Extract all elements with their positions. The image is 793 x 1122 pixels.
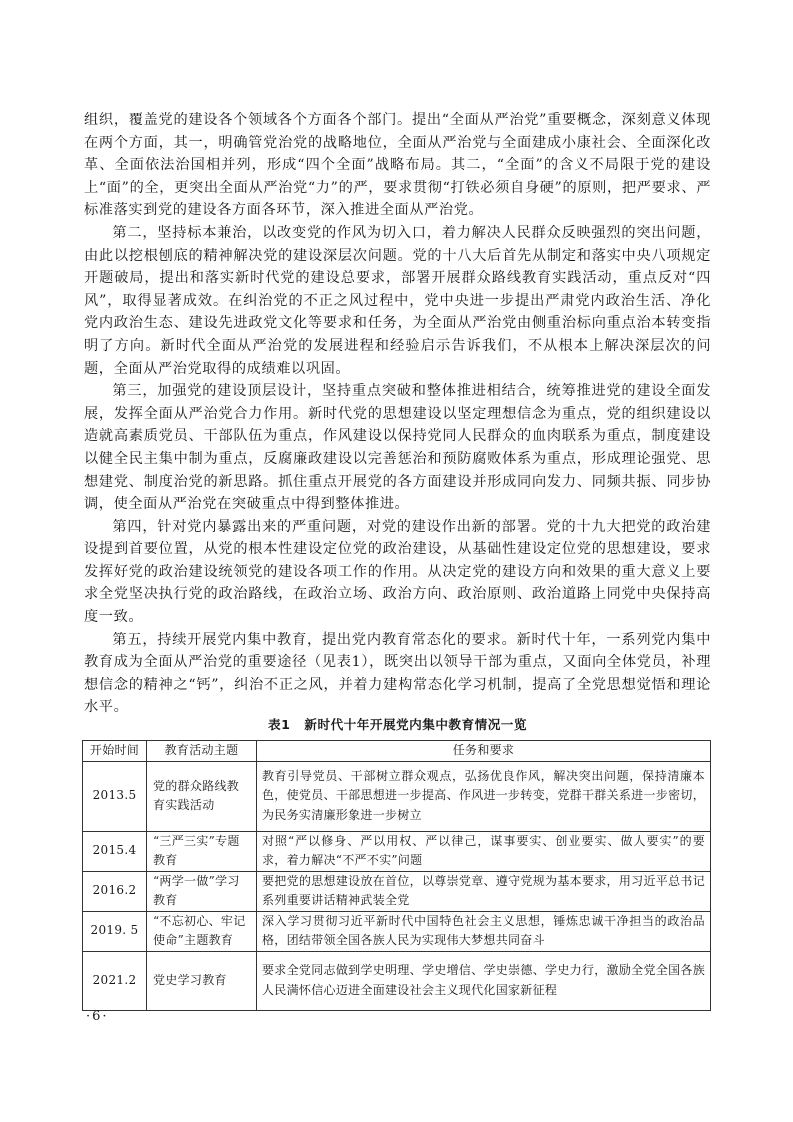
header-tasks: 任务和要求 [257, 741, 711, 762]
cell-date: 2015.4 [83, 831, 147, 871]
table-row: 2015.4 “三严三实”专题教育 对照“严以修身、严以用权、严以律己，谋事要实… [83, 831, 711, 871]
cell-date: 2016.2 [83, 871, 147, 911]
table-row: 2019. 5 “不忘初心、牢记使命”主题教育 深入学习贯彻习近平新时代中国特色… [83, 911, 711, 951]
cell-task: 深入学习贯彻习近平新时代中国特色社会主义思想，锤炼忠诚干净担当的政治品格，团结带… [257, 911, 711, 951]
cell-task: 教育引导党员、干部树立群众观点，弘扬优良作风，解决突出问题，保持清廉本色，使党员… [257, 761, 711, 831]
table-row: 2021.2 党史学习教育 要求全党同志做到学史明理、学史增信、学史崇德、学史力… [83, 951, 711, 1010]
cell-date: 2021.2 [83, 951, 147, 1010]
paragraph-4: 第四，针对党内暴露出来的严重问题，对党的建设作出新的部署。党的十九大把党的政治建… [84, 516, 711, 629]
cell-theme: 党的群众路线教育实践活动 [147, 761, 257, 831]
table-caption-number: 表1 [268, 717, 290, 732]
paragraph-2: 第二，坚持标本兼治，以改变党的作风为切入口，着力解决人民群众反映强烈的突出问题，… [84, 222, 711, 380]
cell-task: 要把党的思想建设放在首位，以尊崇党章、遵守党规为基本要求，用习近平总书记系列重要… [257, 871, 711, 911]
table-caption: 表1新时代十年开展党内集中教育情况一览 [84, 714, 711, 733]
cell-theme: “三严三实”专题教育 [147, 831, 257, 871]
cell-theme: “不忘初心、牢记使命”主题教育 [147, 911, 257, 951]
cell-theme: 党史学习教育 [147, 951, 257, 1010]
cell-date: 2019. 5 [83, 911, 147, 951]
table-header-row: 开始时间 教育活动主题 任务和要求 [83, 741, 711, 762]
paragraph-5: 第五，持续开展党内集中教育，提出党内教育常态化的要求。新时代十年，一系列党内集中… [84, 629, 711, 719]
table-row: 2013.5 党的群众路线教育实践活动 教育引导党员、干部树立群众观点，弘扬优良… [83, 761, 711, 831]
cell-theme: “两学一做”学习教育 [147, 871, 257, 911]
cell-task: 对照“严以修身、严以用权、严以律己，谋事要实、创业要实、做人要实”的要求，着力解… [257, 831, 711, 871]
page-number: ·6· [86, 1009, 109, 1024]
paragraph-1: 组织，覆盖党的建设各个领域各个方面各个部门。提出“全面从严治党”重要概念，深刻意… [84, 109, 711, 222]
table-caption-title: 新时代十年开展党内集中教育情况一览 [304, 717, 527, 732]
header-theme: 教育活动主题 [147, 741, 257, 762]
paragraph-3: 第三，加强党的建设顶层设计，坚持重点突破和整体推进相结合，统筹推进党的建设全面发… [84, 380, 711, 516]
article-body: 组织，覆盖党的建设各个领域各个方面各个部门。提出“全面从严治党”重要概念，深刻意… [84, 109, 711, 719]
header-start-time: 开始时间 [83, 741, 147, 762]
education-campaigns-table: 开始时间 教育活动主题 任务和要求 2013.5 党的群众路线教育实践活动 教育… [82, 740, 711, 1011]
cell-date: 2013.5 [83, 761, 147, 831]
cell-task: 要求全党同志做到学史明理、学史增信、学史崇德、学史力行，激励全党全国各族人民满怀… [257, 951, 711, 1010]
table-row: 2016.2 “两学一做”学习教育 要把党的思想建设放在首位，以尊崇党章、遵守党… [83, 871, 711, 911]
